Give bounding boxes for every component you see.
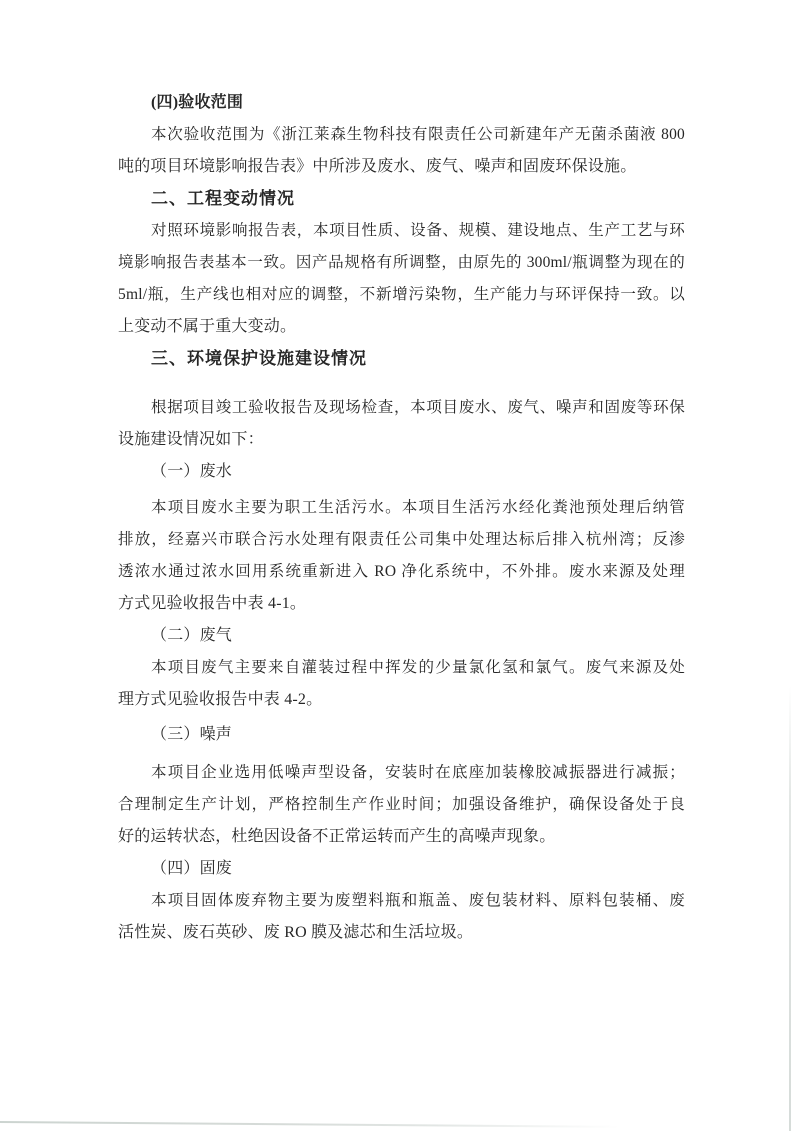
para-project-changes-line-3: 5ml/瓶，生产线也相对应的调整，不新增污染物，生产能力与环评保持一致。以 [118, 279, 685, 311]
para-noise-line-1: 本项目企业选用低噪声型设备，安装时在底座加装橡胶减振器进行减振； [118, 757, 685, 789]
para-project-changes-line-4: 上变动不属于重大变动。 [118, 311, 685, 343]
heading-acceptance-scope: (四)验收范围 [118, 87, 685, 119]
para-project-changes-line-1: 对照环境影响报告表，本项目性质、设备、规模、建设地点、生产工艺与环 [118, 215, 685, 247]
document-text-block: (四)验收范围 本次验收范围为《浙江莱森生物科技有限责任公司新建年产无菌杀菌液 … [118, 87, 685, 949]
scan-artifact-bottom-edge-line [0, 1121, 620, 1128]
para-waste-gas-line-2: 理方式见验收报告中表 4-2。 [118, 684, 685, 716]
para-facilities-intro-line-2: 设施建设情况如下： [118, 424, 685, 456]
para-wastewater-line-2: 排放，经嘉兴市联合污水处理有限责任公司集中处理达标后排入杭州湾；反渗 [118, 524, 685, 556]
subheading-solid-waste: （四）固废 [118, 853, 685, 885]
para-solid-waste-line-1: 本项目固体废弃物主要为废塑料瓶和瓶盖、废包装材料、原料包装桶、废 [118, 885, 685, 917]
para-noise-line-3: 好的运转状态，杜绝因设备不正常运转而产生的高噪声现象。 [118, 821, 685, 853]
para-waste-gas-line-1: 本项目废气主要来自灌装过程中挥发的少量氯化氢和氯气。废气来源及处 [118, 652, 685, 684]
heading-project-changes: 二、工程变动情况 [118, 183, 685, 215]
para-solid-waste-line-2: 活性炭、废石英砂、废 RO 膜及滤芯和生活垃圾。 [118, 917, 685, 949]
para-noise-line-2: 合理制定生产计划，严格控制生产作业时间；加强设备维护，确保设备处于良 [118, 789, 685, 821]
para-facilities-intro-line-1: 根据项目竣工验收报告及现场检查，本项目废水、废气、噪声和固废等环保 [118, 392, 685, 424]
heading-environmental-facilities: 三、环境保护设施建设情况 [118, 343, 685, 375]
para-acceptance-scope-line-1: 本次验收范围为《浙江莱森生物科技有限责任公司新建年产无菌杀菌液 800 [118, 119, 685, 151]
para-project-changes-line-2: 境影响报告表基本一致。因产品规格有所调整，由原先的 300ml/瓶调整为现在的 [118, 247, 685, 279]
subheading-wastewater: （一）废水 [118, 456, 685, 488]
para-wastewater-line-4: 方式见验收报告中表 4-1。 [118, 588, 685, 620]
para-wastewater-line-1: 本项目废水主要为职工生活污水。本项目生活污水经化粪池预处理后纳管 [118, 492, 685, 524]
para-wastewater-line-3: 透浓水通过浓水回用系统重新进入 RO 净化系统中，不外排。废水来源及处理 [118, 556, 685, 588]
scan-artifact-right-edge-line [789, 686, 791, 1131]
para-acceptance-scope-line-2: 吨的项目环境影响报告表》中所涉及废水、废气、噪声和固废环保设施。 [118, 151, 685, 183]
scanned-document-page: (四)验收范围 本次验收范围为《浙江莱森生物科技有限责任公司新建年产无菌杀菌液 … [0, 0, 800, 1131]
subheading-waste-gas: （二）废气 [118, 620, 685, 652]
subheading-noise: （三）噪声 [118, 719, 685, 751]
